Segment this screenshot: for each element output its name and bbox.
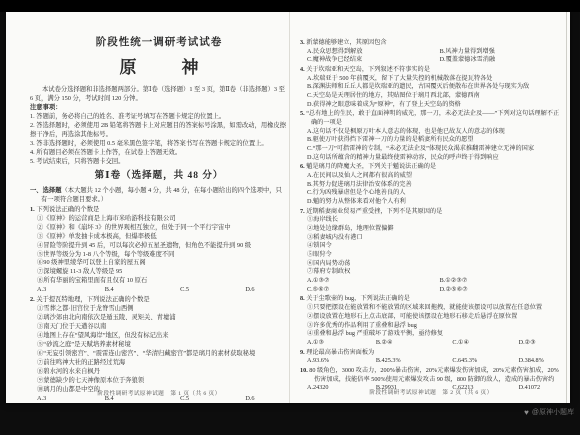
question-1-item: ③《原神》单发抽卡成本极高，但爆率极低 — [37, 233, 288, 242]
question-8: 8. 关于尘歌壶的 bug，下列说法正确的是 ①只要把摆设在能放置和不能放置的区… — [300, 295, 562, 347]
question-9: 9. 理论最高暴击伤害面板为 A.93.6%B.425.3%C.645.3%D.… — [300, 349, 562, 366]
question-8-option: C.①④ — [452, 339, 518, 348]
question-9-option: A.93.6% — [307, 357, 376, 366]
question-8-number: 8. — [300, 295, 305, 302]
question-4-text: 关于坎瑞亚和天空岛，下列叙述不符事实的是 — [306, 66, 430, 73]
question-8-item: ④重叠和悬浮 bug 严重破坏了游戏平衡，亟待修复 — [307, 330, 562, 339]
question-4-stem: 4. 关于坎瑞亚和天空岛，下列叙述不符事实的是 — [300, 66, 562, 75]
question-7-options: A.①③⑦B.①②③⑦C.⑤⑥⑦D.②⑤⑥⑦ — [300, 277, 562, 294]
question-1: 1. 下列说法正确的个数是 ①《原神》的运营商是上海市米哈游科技有限公司②《原神… — [30, 206, 288, 295]
question-3: 3. 新蒙德能够建立，其原因包含 A.民众思想得到解放B.风神力量得到增强C.魔… — [300, 39, 562, 65]
question-6-choice: A.在民间以及仙人之间都有很高的威望 — [307, 172, 562, 181]
question-6-stem: 6. 魈是璃月的降魔大圣，下列关于魈说法正确的是 — [300, 163, 562, 172]
question-1-stem: 1. 下列说法正确的个数是 — [30, 206, 288, 215]
question-1-option: A.3 — [37, 286, 105, 295]
question-3-stem: 3. 新蒙德能够建立，其原因包含 — [300, 39, 562, 48]
question-3-options: A.民众思想得到解放B.风神力量得到增强C.魔神战争已经结束D.覆盖蒙德冰雪消融 — [300, 48, 562, 65]
question-4: 4. 关于坎瑞亚和天空岛，下列叙述不符事实的是 A.坎瑞亚于 500 年前覆灭，… — [300, 66, 562, 109]
exam-intro: 本试卷分选择题和非选择题两部分。第Ⅰ卷（选择题）1 至 3 页，第Ⅱ卷（非选择题… — [30, 86, 288, 104]
question-7-number: 7. — [300, 208, 305, 215]
question-2-stem: 2. 关于提瓦特地理，下列说法正确的个数是 — [30, 296, 288, 305]
instruction-label: 一、选择题 — [30, 187, 61, 194]
question-8-item: ①只要把摆设在能放置和不能放置的区域来回拖拽，就能使该摆设可以放置在任意位置 — [307, 304, 562, 313]
question-5: 5. “总有地上的生民，敢于直面神明的威光，那一刀，未必无法企及——”下列对这句… — [300, 110, 562, 162]
question-2-item: ⑤“砂流之庭”是天赋培养素材秘境 — [37, 341, 288, 350]
question-1-item: ④冒险等阶提升到 45 后，可以每次必掉五星圣遗物，但角色不能提升到 90 级 — [37, 242, 288, 251]
notice-item: 1. 答题前，务必将自己的姓名、准考证号填写在答题卡规定的位置上。 — [30, 113, 288, 122]
instruction-text: （本大题共 12 个小题，每小题 4 分，共 48 分，在每小题给出的四个选项中… — [41, 187, 282, 203]
question-4-number: 4. — [300, 66, 305, 73]
page-fold-line — [289, 12, 290, 403]
paper-title: 阶段性统一调研考试试卷 — [30, 36, 288, 51]
question-6-choices: A.在民间以及仙人之间都有很高的威望B.其努力促进璃月法律治安体系的完善C.行为… — [300, 172, 562, 207]
question-6-choice: C.行为凶残暴虐但是个心地善良的人 — [307, 189, 562, 198]
question-3-text: 新蒙德能够建立，其原因包含 — [306, 39, 386, 46]
question-5-choice: C.“那一刀”可指雷神的专制，“未必无法企及”体现民众渴求推翻雷神建立无神的国家 — [307, 145, 562, 154]
question-7-stem: 7. 近期稻妻商业贸易严重受挫，下列不是其原因的是 — [300, 208, 562, 217]
question-2-text: 关于提瓦特地理，下列说法正确的个数是 — [36, 296, 149, 303]
question-4-choice: C.天空岛是天理居住的地方，其贴图位于璃月西北部，蒙德西南 — [307, 92, 562, 101]
question-2-items: ①雪葬之都·旧宫位于龙脊雪山西侧②璃沙郊由北向南依次是遁玉陵、灵矩关、青墟浦③南… — [30, 305, 288, 394]
question-5-number: 5. — [300, 110, 305, 117]
question-4-choice: B.深渊法师和丘丘人都是坎瑞亚的遗民，古国覆灭后便散布在世界各处与现实为敌 — [307, 83, 562, 92]
question-7-item: ⑦幕府专制政权 — [307, 268, 562, 277]
question-5-stem: 5. “总有地上的生民，敢于直面神明的威光，那一刀，未必无法企及——”下列对这句… — [300, 110, 562, 127]
question-1-item: ⑧所有华丽的宝箱里面有且仅有 10 原石 — [37, 277, 288, 286]
notice-item: 2. 答选择题时，必须使用 2B 铅笔将答题卡上对应题目的答案标号涂黑，如需改动… — [30, 122, 288, 140]
question-1-option: C.5 — [180, 286, 245, 295]
question-8-options: A.①③B.②④C.①④D.②③ — [300, 339, 562, 348]
question-9-option: B.425.3% — [376, 357, 453, 366]
question-6-text: 魈是璃月的降魔大圣，下列关于魈说法正确的是 — [306, 163, 436, 170]
question-5-choice: B.驱使万叶获得挡下雷神一刀的力量的是稻妻所有民众的愿望 — [307, 136, 562, 145]
question-2-item: ④地图上存在“望风海岸”地区，但没有标记出来 — [37, 332, 288, 341]
question-8-item: ③许多优秀的作品利用了重叠和悬浮 bug — [307, 322, 562, 331]
question-1-items: ①《原神》的运营商是上海市米哈游科技有限公司②《原神》和《崩坏 3》的世界观相互… — [30, 215, 288, 287]
question-4-choice: D.获得神之眼意味着成为“原神”，有了登上天空岛的资格 — [307, 101, 562, 110]
question-10-stem: 10. 80 级角色，3000 攻击力，200%暴击伤害，20%元素爆发伤害加成… — [300, 367, 562, 384]
notice-item: 5. 考试结束后，只将答题卡交回。 — [30, 158, 288, 167]
question-9-option: D.384.8% — [519, 357, 562, 366]
question-6-number: 6. — [300, 163, 305, 170]
question-8-option: D.②③ — [519, 339, 562, 348]
question-9-stem: 9. 理论最高暴击伤害面板为 — [300, 349, 562, 358]
question-7-text: 近期稻妻商业贸易严重受挫，下列不是其原因的是 — [306, 208, 442, 215]
question-1-number: 1. — [30, 206, 35, 213]
question-8-option: A.①③ — [307, 339, 376, 348]
question-9-number: 9. — [300, 349, 305, 356]
exam-paper-page: 阶段性统一调研考试试卷 原 神 本试卷分选择题和非选择题两部分。第Ⅰ卷（选择题）… — [6, 12, 570, 403]
screenshot-stage: 阶段性统一调研考试试卷 原 神 本试卷分选择题和非选择题两部分。第Ⅰ卷（选择题）… — [0, 0, 580, 435]
uploader-watermark: ♥ @原神小题库 — [524, 407, 574, 417]
question-8-stem: 8. 关于尘歌壶的 bug，下列说法正确的是 — [300, 295, 562, 304]
question-2-item: ⑧碧水河的水来自枫丹 — [37, 368, 288, 377]
question-7-option: C.⑤⑥⑦ — [307, 286, 440, 295]
question-7-option: A.①③⑦ — [307, 277, 440, 286]
question-3-option: D.覆盖蒙德冰雪消融 — [440, 56, 562, 65]
question-6: 6. 魈是璃月的降魔大圣，下列关于魈说法正确的是 A.在民间以及仙人之间都有很高… — [300, 163, 562, 206]
page-2-footer: 阶段性调研考试原神试题 第 2 页（共 6 页） — [300, 390, 562, 398]
question-7-option: D.②⑤⑥⑦ — [440, 286, 562, 295]
question-5-choice: D.这句话所蕴含的精神力量最终使雷神动容，民众的呼声终于得到响应 — [307, 154, 562, 163]
question-1-options: A.3B.4C.5D.6 — [30, 286, 288, 295]
question-3-number: 3. — [300, 39, 305, 46]
question-1-option: D.6 — [245, 286, 288, 295]
question-8-item: ②摆设放置在地形石上点击底部，可能使该摆设在地形石移走后悬浮在原位置 — [307, 313, 562, 322]
question-10-number: 10. — [300, 367, 308, 374]
page-1-footer: 阶段性调研考试原神试题 第 1 页（共 6 页） — [30, 390, 288, 398]
question-2-number: 2. — [30, 296, 35, 303]
question-2-item: ③南天门位于天遒谷以南 — [37, 323, 288, 332]
question-1-item: ②《原神》和《崩坏 3》的世界观相互独立，但处于同一个平行宇宙中 — [37, 224, 288, 233]
question-9-options: A.93.6%B.425.3%C.645.3%D.384.8% — [300, 357, 562, 366]
question-5-choices: A.这句话不仅是枫原万叶本人意志的体现，也是他已故友人的意志的体现B.驱使万叶获… — [300, 128, 562, 163]
question-9-option: C.645.3% — [452, 357, 518, 366]
question-1-option: B.4 — [105, 286, 180, 295]
subject-title: 原 神 — [30, 56, 288, 80]
question-4-choices: A.坎瑞亚于 500 年前覆灭，留下了大量失控的机械散落在提瓦特各处B.深渊法师… — [300, 75, 562, 110]
question-1-text: 下列说法正确的个数是 — [36, 206, 99, 213]
question-2-item: ⑨蒙德缺少的七天神像原本位于奔狼领 — [37, 377, 288, 386]
question-8-items: ①只要把摆设在能放置和不能放置的区域来回拖拽，就能使该摆设可以放置在任意位置②摆… — [300, 304, 562, 339]
question-7-item: ②地处边缘群岛，地理位置偏僻 — [307, 225, 562, 234]
notice-item: 3. 答非选择题时，必须使用 0.5 毫米黑色签字笔，将答案书写在答题卡规定的位… — [30, 140, 288, 149]
top-black-bar — [0, 0, 580, 12]
section1-instruction: 一、选择题（本大题共 12 个小题，每小题 4 分，共 48 分，在每小题给出的… — [30, 187, 288, 205]
question-7-item: ④锁国令 — [307, 242, 562, 251]
question-2: 2. 关于提瓦特地理，下列说法正确的个数是 ①雪葬之都·旧宫位于龙脊雪山西侧②璃… — [30, 296, 288, 403]
question-1-item: ⑦深境螺旋 11-3 敌人等级是 95 — [37, 268, 288, 277]
notice-title: 注意事项： — [30, 104, 288, 113]
question-6-choice: D.魈的努力从整体来看对他个人有利 — [307, 198, 562, 207]
exam-page-2: 3. 新蒙德能够建立，其原因包含 A.民众思想得到解放B.风神力量得到增强C.魔… — [300, 12, 562, 403]
question-10-text: 80 级角色，3000 攻击力，200%暴击伤害，20%元素爆发伤害加成，20%… — [309, 367, 559, 383]
question-7-option: B.①②③⑦ — [440, 277, 562, 286]
question-7-item: ⑤眼狩令 — [307, 251, 562, 260]
question-8-text: 关于尘歌壶的 bug，下列说法正确的是 — [306, 295, 410, 302]
question-5-text: “总有地上的生民，敢于直面神明的威光，那一刀，未必无法企及——”下列对这句话理解… — [306, 110, 559, 126]
question-3-option: C.魔神战争已经结束 — [307, 56, 440, 65]
question-7-items: ①海岸线长②地处边缘群岛，地理位置偏僻③稻妻城内没有港口④锁国令⑤眼狩令⑥国内局… — [300, 216, 562, 277]
question-9-text: 理论最高暴击伤害面板为 — [306, 349, 374, 356]
question-7-item: ①海岸线长 — [307, 216, 562, 225]
question-2-item: ②璃沙郊由北向南依次是遁玉陵、灵矩关、青墟浦 — [37, 314, 288, 323]
question-8-option: B.②④ — [376, 339, 453, 348]
section1-heading: 第Ⅰ卷（选择题，共 48 分） — [30, 170, 288, 183]
page-right-edge — [566, 12, 567, 403]
question-7-item: ③稻妻城内没有港口 — [307, 234, 562, 243]
question-7: 7. 近期稻妻商业贸易严重受挫，下列不是其原因的是 ①海岸线长②地处边缘群岛，地… — [300, 208, 562, 295]
heart-icon: ♥ — [524, 408, 529, 417]
watermark-text: @原神小题库 — [532, 407, 574, 417]
question-2-item: ⑥“无妄引领密宫”、“震雷连山密宫”、“华清归藏密宫”都是璃月的素材获取秘境 — [37, 350, 288, 359]
question-10: 10. 80 级角色，3000 攻击力，200%暴击伤害，20%元素爆发伤害加成… — [300, 367, 562, 393]
notice-list: 1. 答题前，务必将自己的姓名、准考证号填写在答题卡规定的位置上。2. 答选择题… — [30, 113, 288, 167]
exam-page-1: 阶段性统一调研考试试卷 原 神 本试卷分选择题和非选择题两部分。第Ⅰ卷（选择题）… — [30, 12, 288, 403]
question-1-item: ①《原神》的运营商是上海市米哈游科技有限公司 — [37, 215, 288, 224]
notice-item: 4. 所有题目必须在答题卡上作答，在试卷上答题无效。 — [30, 149, 288, 158]
question-2-item: ⑦前往鸣神大社的正路经过荒海 — [37, 359, 288, 368]
question-2-item: ①雪葬之都·旧宫位于龙脊雪山西侧 — [37, 305, 288, 314]
